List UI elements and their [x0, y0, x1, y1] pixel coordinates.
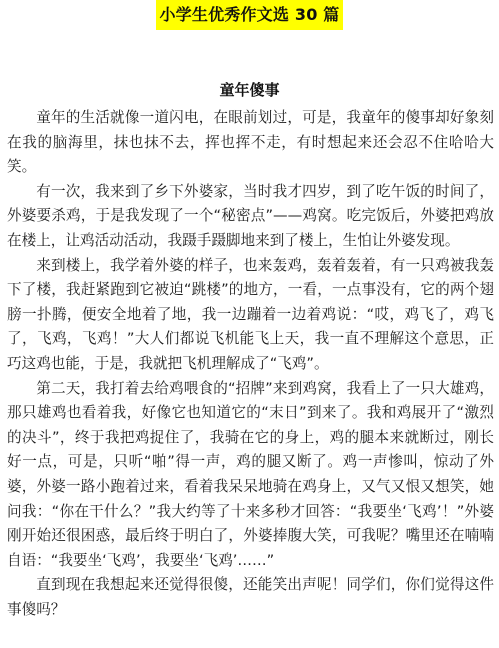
- essay-paragraph: 童年的生活就像一道闪电，在眼前划过，可是，我童年的傻事却好象刻在我的脑海里，抹也…: [7, 106, 494, 180]
- collection-title: 小学生优秀作文选 30 篇: [156, 0, 342, 30]
- document-header: 小学生优秀作文选 30 篇: [0, 0, 499, 30]
- essay-paragraph: 第二天，我打着去给鸡喂食的“招牌”来到鸡窝，我看上了一只大雄鸡，那只雄鸡也看着我…: [7, 377, 494, 574]
- essay-paragraph: 来到楼上，我学着外婆的样子，也来轰鸡，轰着轰着，有一只鸡被我轰下了楼，我赶紧跑到…: [7, 254, 494, 377]
- essay-body: 童年的生活就像一道闪电，在眼前划过，可是，我童年的傻事却好象刻在我的脑海里，抹也…: [7, 106, 494, 622]
- essay-paragraph: 有一次，我来到了乡下外婆家，当时我才四岁，到了吃午饭的时间了，外婆要杀鸡，于是我…: [7, 180, 494, 254]
- essay-title: 童年傻事: [0, 80, 499, 100]
- essay-paragraph: 直到现在我想起来还觉得很傻，还能笑出声呢！同学们，你们觉得这件事傻吗？: [7, 573, 494, 622]
